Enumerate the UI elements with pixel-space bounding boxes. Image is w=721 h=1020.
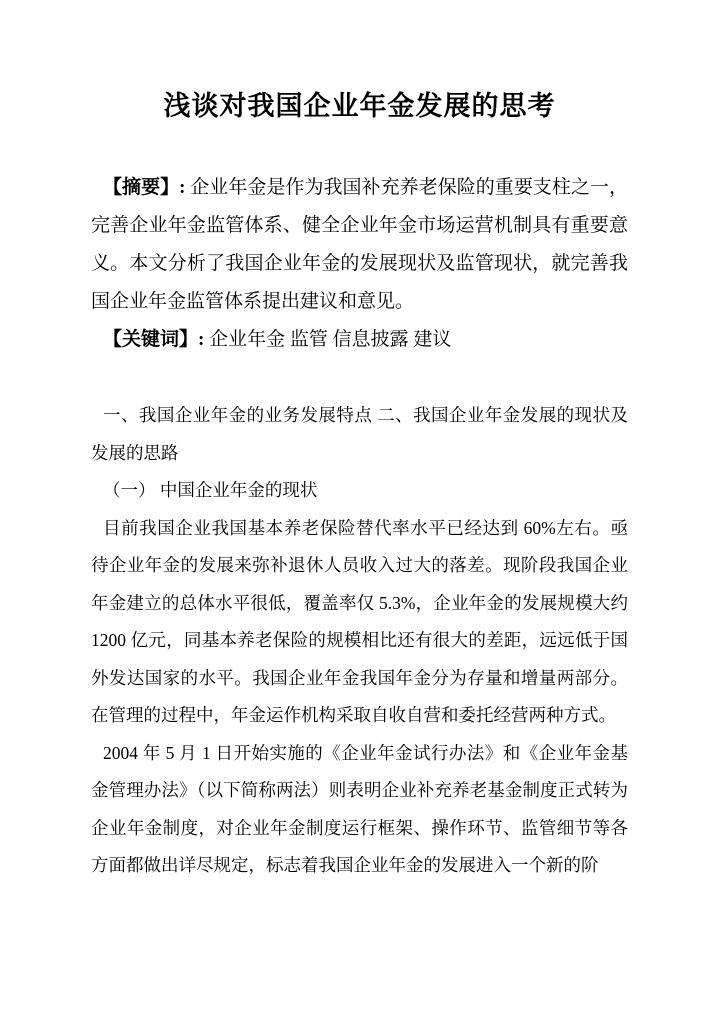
document-content: 浅谈对我国企业年金发展的思考 【摘要】: 企业年金是作为我国补充养老保险的重要支…	[0, 0, 721, 885]
keywords-paragraph: 【关键词】: 企业年金 监管 信息披露 建议	[91, 321, 628, 359]
section-heading: 一、我国企业年金的业务发展特点 二、我国企业年金发展的现状及发展的思路	[91, 397, 628, 472]
abstract-label: 【摘要】:	[103, 177, 185, 198]
document-page: 浅谈对我国企业年金发展的思考 【摘要】: 企业年金是作为我国补充养老保险的重要支…	[0, 0, 721, 1020]
body-paragraph-current-status: 目前我国企业我国基本养老保险替代率水平已经达到 60%左右。亟待企业年金的发展来…	[91, 510, 628, 735]
blank-line-spacer	[91, 359, 628, 397]
subsection-heading: （一） 中国企业年金的现状	[91, 472, 628, 510]
body-paragraph-regulations: 2004 年 5 月 1 日开始实施的《企业年金试行办法》和《企业年金基金管理办…	[91, 735, 628, 885]
body-block: 一、我国企业年金的业务发展特点 二、我国企业年金发展的现状及发展的思路 （一） …	[91, 397, 628, 885]
abstract-block: 【摘要】: 企业年金是作为我国补充养老保险的重要支柱之一，完善企业年金监管体系、…	[91, 169, 628, 359]
abstract-paragraph: 【摘要】: 企业年金是作为我国补充养老保险的重要支柱之一，完善企业年金监管体系、…	[91, 169, 628, 321]
keywords-text: 企业年金 监管 信息披露 建议	[204, 329, 451, 350]
keywords-label: 【关键词】:	[103, 329, 204, 350]
document-title: 浅谈对我国企业年金发展的思考	[91, 87, 628, 125]
